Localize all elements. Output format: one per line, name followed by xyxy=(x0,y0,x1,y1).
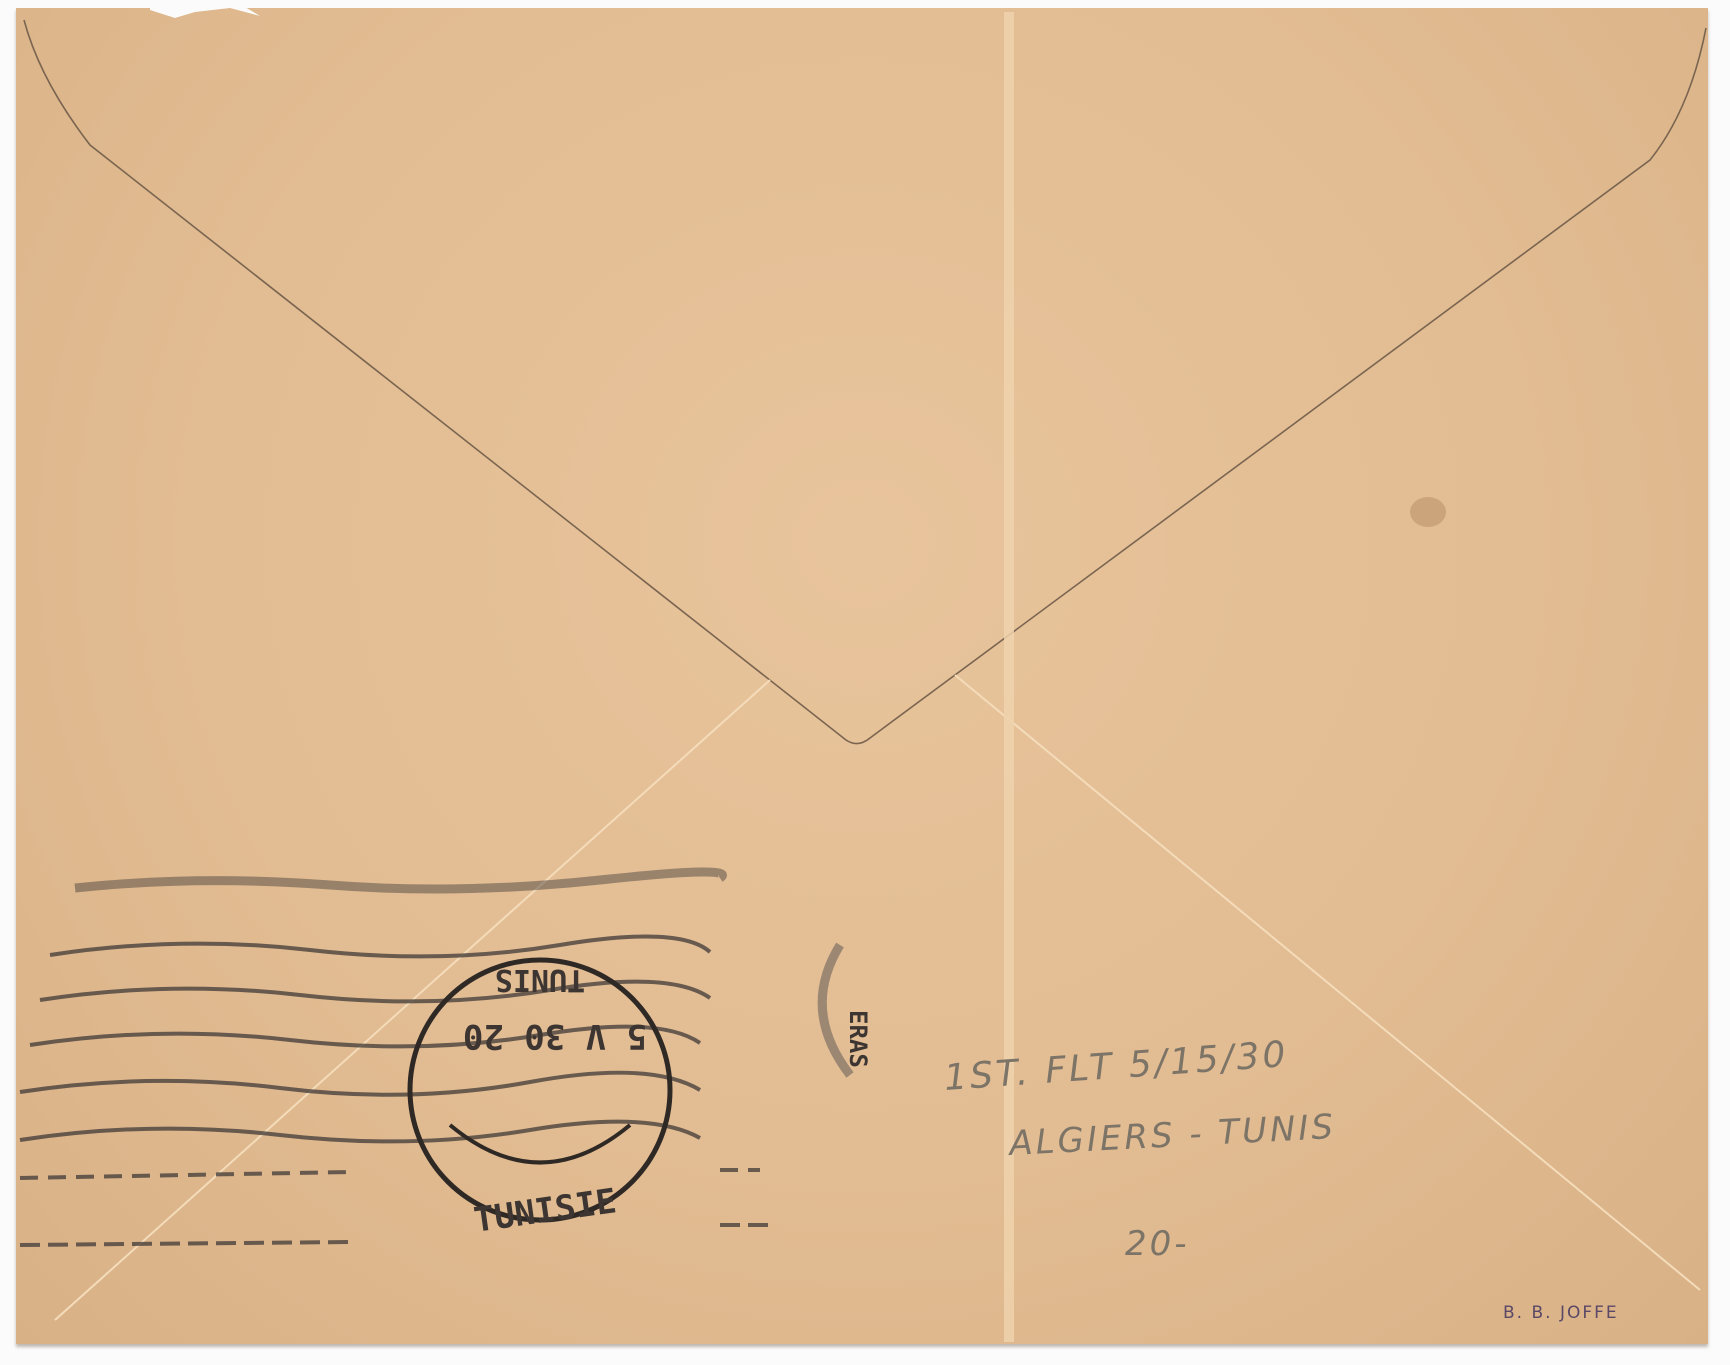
envelope-drawing: 5 V 30 20 TUNIS TUNISIE ERAS 1ST. FLT 5/… xyxy=(0,0,1730,1365)
scanned-envelope: 5 V 30 20 TUNIS TUNISIE ERAS 1ST. FLT 5/… xyxy=(0,0,1730,1365)
dealer-stamp: B. B. JOFFE xyxy=(1503,1303,1619,1323)
stain xyxy=(1410,497,1446,527)
svg-text:5 V 30 20: 5 V 30 20 xyxy=(463,1016,647,1056)
svg-text:ALGIERS - TUNIS: ALGIERS - TUNIS xyxy=(1006,1107,1337,1164)
pencil-notation: 1ST. FLT 5/15/30 ALGIERS - TUNIS 20- xyxy=(943,1034,1337,1264)
svg-text:TUNISIE: TUNISIE xyxy=(471,1181,618,1241)
svg-text:ERAS: ERAS xyxy=(844,1010,872,1068)
svg-text:TUNIS: TUNIS xyxy=(495,962,585,997)
flap-edge xyxy=(24,20,1706,744)
machine-cancel-lines xyxy=(20,872,770,1245)
partial-postmark: ERAS xyxy=(822,945,872,1075)
svg-text:20-: 20- xyxy=(1125,1224,1190,1264)
svg-text:1ST. FLT 5/15/30: 1ST. FLT 5/15/30 xyxy=(943,1034,1290,1099)
